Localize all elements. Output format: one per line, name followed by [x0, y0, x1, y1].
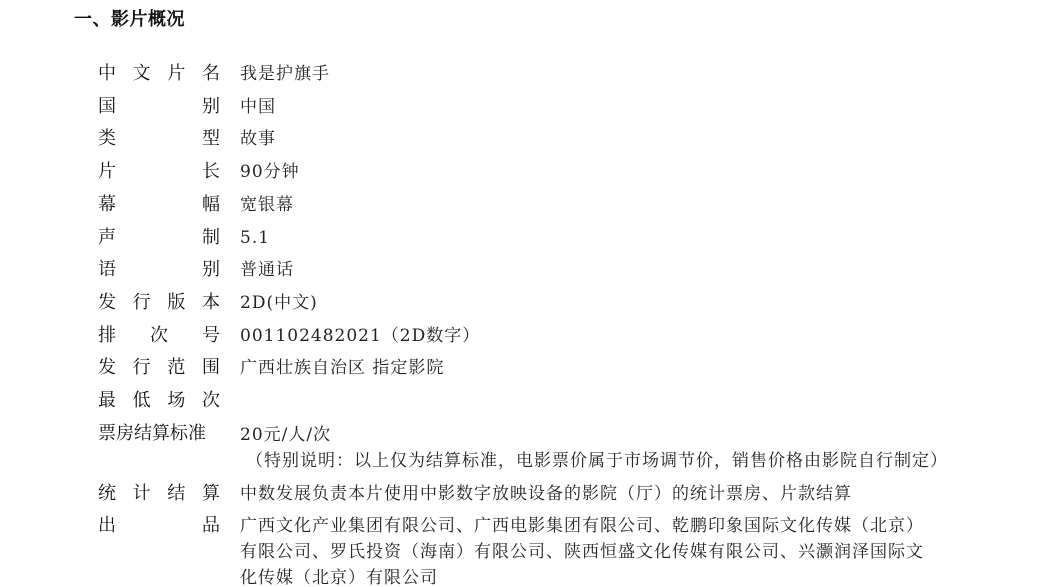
- label-release-scope: 发 行 范 围: [98, 352, 240, 385]
- row-language: 语 别 普通话: [98, 254, 1038, 287]
- label-schedule-number: 排 次 号: [98, 320, 240, 353]
- producers-line: 有限公司、罗氏投资（海南）有限公司、陕西恒盛文化传媒有限公司、兴灏润泽国际文: [240, 539, 1038, 565]
- row-release-version: 发 行 版 本 2D(中文): [98, 287, 1038, 320]
- row-schedule-number: 排 次 号 001102482021（2D数字）: [98, 320, 1038, 353]
- value-schedule-number: 001102482021（2D数字）: [240, 320, 1038, 353]
- value-producers: 广西文化产业集团有限公司、广西电影集团有限公司、乾鹏印象国际文化传媒（北京） 有…: [240, 510, 1038, 587]
- producers-line: 化传媒（北京）有限公司: [240, 565, 1038, 587]
- value-duration: 90分钟: [240, 156, 1038, 189]
- label-box-office-settlement: 票房结算标准: [98, 418, 240, 451]
- value-genre: 故事: [240, 123, 1038, 156]
- row-producers: 出 品 广西文化产业集团有限公司、广西电影集团有限公司、乾鹏印象国际文化传媒（北…: [98, 510, 1038, 587]
- label-country: 国 别: [98, 91, 240, 124]
- settlement-price: 20元/人/次: [240, 425, 331, 445]
- label-genre: 类 型: [98, 123, 240, 156]
- label-language: 语 别: [98, 254, 240, 287]
- row-sound-format: 声 制 5.1: [98, 222, 1038, 255]
- settlement-note: （特别说明：以上仅为结算标准，电影票价属于市场调节价，销售价格由影院自行制定）: [240, 448, 1038, 474]
- row-screen-format: 幕 幅 宽银幕: [98, 189, 1038, 222]
- label-chinese-title: 中 文 片 名: [98, 58, 240, 91]
- section-title: 一、影片概况: [74, 6, 185, 34]
- row-minimum-screenings: 最 低 场 次: [98, 385, 1038, 418]
- film-info-list: 中 文 片 名 我是护旗手 国 别 中国 类 型 故事 片 长 90分钟 幕 幅: [98, 58, 1038, 587]
- label-minimum-screenings: 最 低 场 次: [98, 385, 240, 418]
- row-duration: 片 长 90分钟: [98, 156, 1038, 189]
- value-sound-format: 5.1: [240, 222, 1038, 255]
- producers-line: 广西文化产业集团有限公司、广西电影集团有限公司、乾鹏印象国际文化传媒（北京）: [240, 513, 1038, 539]
- value-box-office-settlement: 20元/人/次 （特别说明：以上仅为结算标准，电影票价属于市场调节价，销售价格由…: [240, 418, 1038, 474]
- label-producers: 出 品: [98, 510, 240, 543]
- row-release-scope: 发 行 范 围 广西壮族自治区 指定影院: [98, 352, 1038, 385]
- label-statistics-settlement: 统 计 结 算: [98, 478, 240, 511]
- row-statistics-settlement: 统 计 结 算 中数发展负责本片使用中影数字放映设备的影院（厅）的统计票房、片款…: [98, 478, 1038, 511]
- label-screen-format: 幕 幅: [98, 189, 240, 222]
- value-chinese-title: 我是护旗手: [240, 58, 1038, 91]
- row-country: 国 别 中国: [98, 91, 1038, 124]
- value-release-scope: 广西壮族自治区 指定影院: [240, 352, 1038, 385]
- row-chinese-title: 中 文 片 名 我是护旗手: [98, 58, 1038, 91]
- value-screen-format: 宽银幕: [240, 189, 1038, 222]
- value-country: 中国: [240, 91, 1038, 124]
- value-release-version: 2D(中文): [240, 287, 1038, 320]
- row-genre: 类 型 故事: [98, 123, 1038, 156]
- value-statistics-settlement: 中数发展负责本片使用中影数字放映设备的影院（厅）的统计票房、片款结算: [240, 478, 1038, 511]
- row-box-office-settlement: 票房结算标准 20元/人/次 （特别说明：以上仅为结算标准，电影票价属于市场调节…: [98, 418, 1038, 474]
- label-duration: 片 长: [98, 156, 240, 189]
- label-release-version: 发 行 版 本: [98, 287, 240, 320]
- label-sound-format: 声 制: [98, 222, 240, 255]
- value-language: 普通话: [240, 254, 1038, 287]
